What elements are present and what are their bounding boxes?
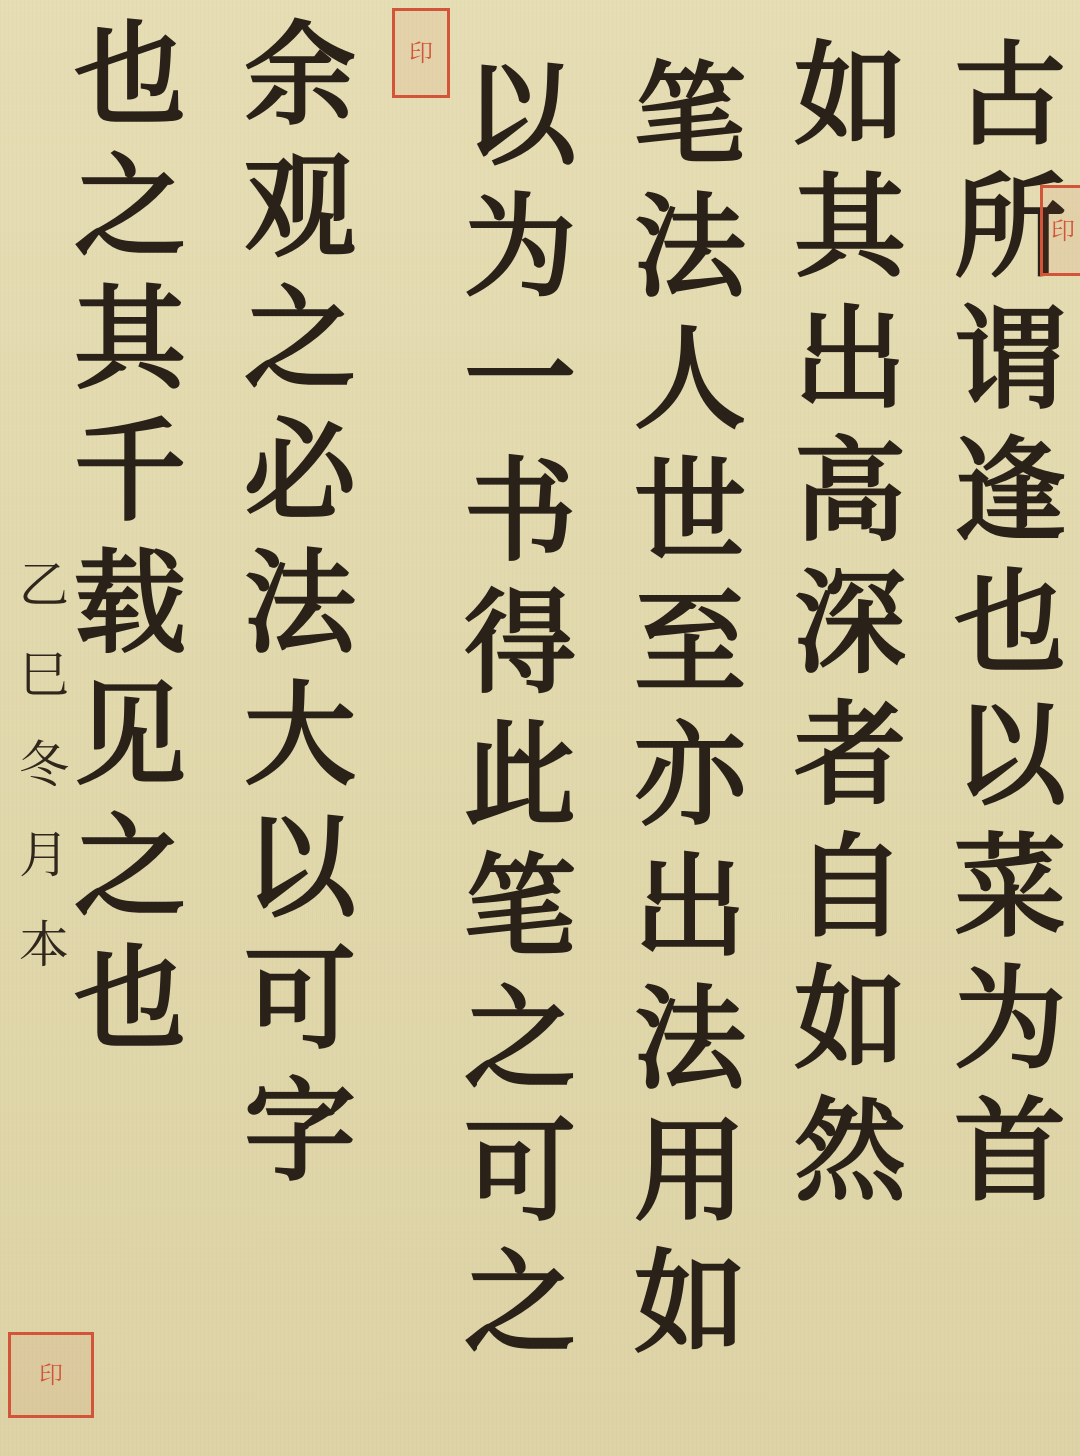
character: 以 [244,812,356,924]
text-column-2: 如 其 出 高 深 者 自 如 然 [790,40,910,1228]
character: 首 [954,1096,1066,1208]
character: 之 [74,812,186,924]
seal-text: 印 [409,41,433,65]
character: 逢 [954,436,1066,548]
character: 一 [464,324,576,436]
character: 世 [634,456,746,568]
character: 谓 [954,304,1066,416]
character: 法 [244,548,356,660]
character: 菜 [954,832,1066,944]
character: 此 [464,720,576,832]
character: 如 [794,40,906,152]
character: 之 [464,984,576,1096]
character: 之 [74,152,186,264]
character: 冬 [19,740,69,790]
character: 载 [74,548,186,660]
character: 古 [954,40,1066,152]
character: 人 [634,324,746,436]
character: 大 [244,680,356,792]
character: 必 [244,416,356,528]
text-column-6: 也 之 其 千 载 见 之 也 [70,20,190,1076]
character: 字 [244,1076,356,1188]
seal-top-right: 印 [1040,185,1080,276]
character: 为 [464,192,576,304]
character: 然 [794,1096,906,1208]
character: 用 [634,1116,746,1228]
calligraphy-paper: 古 所 谓 逢 也 以 菜 为 首 如 其 出 高 深 者 自 如 然 笔 法 … [0,0,1080,1456]
seal-text: 印 [39,1363,63,1387]
character: 至 [634,588,746,700]
seal-top-center: 印 [392,8,450,98]
character: 得 [464,588,576,700]
character: 也 [74,20,186,132]
seal-bottom-left: 印 [8,1332,94,1418]
character: 如 [634,1248,746,1360]
character: 出 [634,852,746,964]
character: 千 [74,416,186,528]
seal-text: 印 [1051,219,1075,243]
character: 之 [464,1248,576,1360]
character: 书 [464,456,576,568]
text-column-5: 余 观 之 必 法 大 以 可 字 [240,20,360,1208]
character: 余 [244,20,356,132]
character: 出 [794,304,906,416]
character: 者 [794,700,906,812]
character: 本 [19,920,69,970]
character: 以 [464,60,576,172]
text-column-4: 以 为 一 书 得 此 笔 之 可 之 [460,60,580,1380]
character: 其 [74,284,186,396]
character: 笔 [464,852,576,964]
text-column-3: 笔 法 人 世 至 亦 出 法 用 如 [630,60,750,1380]
character: 以 [954,700,1066,812]
character: 自 [794,832,906,944]
character: 笔 [634,60,746,172]
character: 也 [74,944,186,1056]
character: 也 [954,568,1066,680]
character: 深 [794,568,906,680]
character: 法 [634,984,746,1096]
character: 巳 [19,650,69,700]
character: 见 [74,680,186,792]
character: 之 [244,284,356,396]
character: 乙 [19,560,69,610]
character: 如 [794,964,906,1076]
character: 高 [794,436,906,548]
character: 可 [244,944,356,1056]
character: 可 [464,1116,576,1228]
character: 其 [794,172,906,284]
character: 观 [244,152,356,264]
character: 为 [954,964,1066,1076]
character: 法 [634,192,746,304]
signature-column: 乙 巳 冬 月 本 [14,560,74,1010]
character: 月 [19,830,69,880]
character: 亦 [634,720,746,832]
